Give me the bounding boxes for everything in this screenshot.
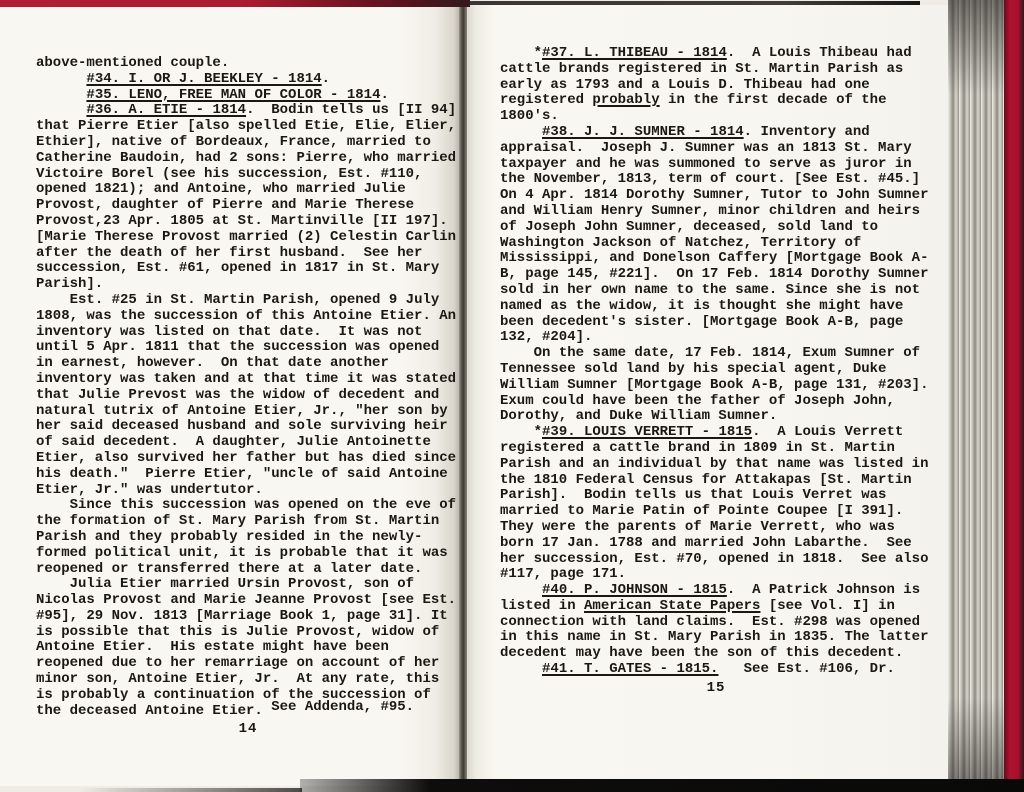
text-run: [36, 71, 86, 87]
page-top-edge-shadow: [470, 1, 920, 5]
cover-right-edge: [1004, 0, 1024, 792]
underlined-text: #34. I. OR J. BEEKLEY - 1814: [86, 71, 321, 87]
text-run: On the same date, 17 Feb. 1814, Exum Sum…: [500, 345, 945, 424]
paragraph: Julia Etier married Ursin Provost, son o…: [36, 577, 460, 719]
right-page-body: *#37. L. THIBEAU - 1814. A Louis Thibeau…: [500, 46, 932, 678]
text-run: Est. #25 in St. Martin Parish, opened 9 …: [36, 292, 464, 498]
paragraph: above-mentioned couple.: [36, 56, 460, 72]
paragraph: #41. T. GATES - 1815. See Est. #106, Dr.: [500, 662, 932, 678]
underlined-text: American State Papers: [584, 598, 760, 614]
paragraph: Since this succession was opened on the …: [36, 498, 460, 577]
text-run: .: [380, 87, 388, 103]
underlined-text: #36. A. ETIE - 1814: [86, 102, 246, 118]
text-run: Since this succession was opened on the …: [36, 497, 464, 576]
cover-top-edge: [0, 0, 470, 7]
text-run: above-mentioned couple.: [36, 55, 229, 71]
underlined-text: #37. L. THIBEAU - 1814: [542, 45, 727, 61]
bottom-edge-line: [80, 788, 302, 792]
text-run: [36, 102, 86, 118]
text-run: . A Louis Verrett registered a cattle br…: [500, 424, 937, 582]
text-run: [500, 124, 542, 140]
underlined-text: probably: [592, 92, 659, 108]
fore-edge-shading: [948, 0, 1006, 792]
text-run: Julia Etier married Ursin Provost, son o…: [36, 576, 464, 718]
left-page-number: 14: [36, 722, 460, 738]
text-run: [500, 661, 542, 677]
paragraph: *#37. L. THIBEAU - 1814. A Louis Thibeau…: [500, 46, 932, 125]
left-page-text: above-mentioned couple. #34. I. OR J. BE…: [36, 56, 460, 738]
paragraph: #40. P. JOHNSON - 1815. A Patrick Johnso…: [500, 583, 932, 662]
paragraph: On the same date, 17 Feb. 1814, Exum Sum…: [500, 346, 932, 425]
paragraph: #34. I. OR J. BEEKLEY - 1814.: [36, 72, 460, 88]
underlined-text: #35. LENO, FREE MAN OF COLOR - 1814: [86, 87, 380, 103]
underlined-text: #40. P. JOHNSON - 1815: [542, 582, 727, 598]
right-page-text: *#37. L. THIBEAU - 1814. A Louis Thibeau…: [500, 46, 932, 697]
paragraph: #35. LENO, FREE MAN OF COLOR - 1814.: [36, 88, 460, 104]
text-run: See Addenda, #95.: [271, 699, 414, 715]
text-run: . Bodin tells us [II 94] that Pierre Eti…: [36, 102, 465, 292]
text-run: See Est. #106, Dr.: [718, 661, 894, 677]
paragraph: #36. A. ETIE - 1814. Bodin tells us [II …: [36, 103, 460, 293]
underlined-text: #39. LOUIS VERRETT - 1815: [542, 424, 752, 440]
underlined-text: #41. T. GATES - 1815.: [542, 661, 718, 677]
paragraph: *#39. LOUIS VERRETT - 1815. A Louis Verr…: [500, 425, 932, 583]
bottom-shadow: [300, 779, 1024, 792]
paragraph: Est. #25 in St. Martin Parish, opened 9 …: [36, 293, 460, 498]
text-run: *: [500, 424, 542, 440]
text-run: *: [500, 45, 542, 61]
paragraph: #38. J. J. SUMNER - 1814. Inventory and …: [500, 125, 932, 346]
underlined-text: #38. J. J. SUMNER - 1814: [542, 124, 744, 140]
text-run: . Inventory and appraisal. Joseph J. Sum…: [500, 124, 937, 345]
text-run: [500, 582, 542, 598]
left-page-body: above-mentioned couple. #34. I. OR J. BE…: [36, 56, 460, 719]
text-run: [36, 87, 86, 103]
right-page-number: 15: [500, 681, 932, 697]
text-run: .: [322, 71, 330, 87]
